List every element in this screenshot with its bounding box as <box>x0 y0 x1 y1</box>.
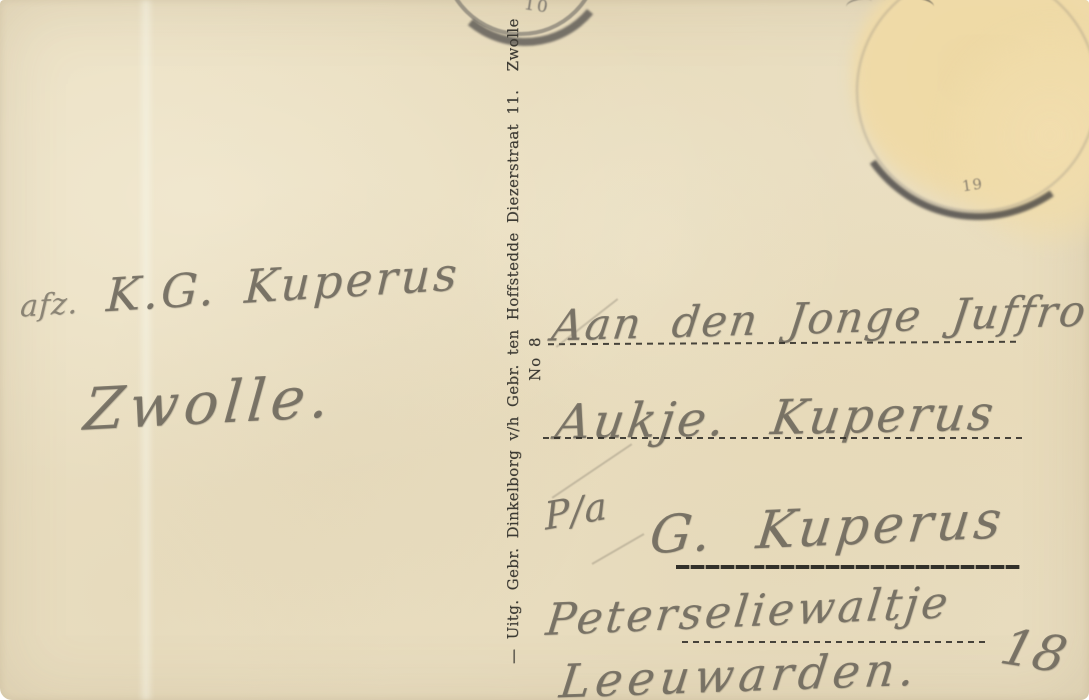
paper-light-band <box>138 0 154 700</box>
publisher-imprint: — Uitg. Gebr. Dinkelborg v/h Gebr. ten H… <box>504 60 524 664</box>
sender-name: K.G. Kuperus <box>105 246 461 322</box>
address-line-4: Peterseliewaltje <box>544 581 953 643</box>
pencil-scratch <box>592 533 645 565</box>
sender-city: Zwolle. <box>82 367 336 438</box>
card-number: No 8 <box>526 321 546 381</box>
postmark-edge-mark-small <box>845 0 873 13</box>
address-line-1: Aan den Jonge Juffrouw <box>549 288 1089 348</box>
address-rule-2 <box>543 437 1025 439</box>
address-house-number: 18 <box>996 622 1072 681</box>
sender-line: afz. K.G. Kuperus <box>19 250 460 323</box>
postmark-right-digits: 19 <box>961 175 984 196</box>
address-care-of: P/a <box>543 486 609 535</box>
address-rule-3 <box>676 565 1020 569</box>
sender-prefix: afz. <box>19 286 79 325</box>
address-rule-4 <box>682 641 988 643</box>
address-line-5: Leeuwarden. <box>557 646 922 700</box>
postcard-back: 19 10 — Uitg. Gebr. Dinkelborg v/h Gebr.… <box>0 0 1089 700</box>
address-line-3: G. Kuperus <box>647 494 1008 562</box>
